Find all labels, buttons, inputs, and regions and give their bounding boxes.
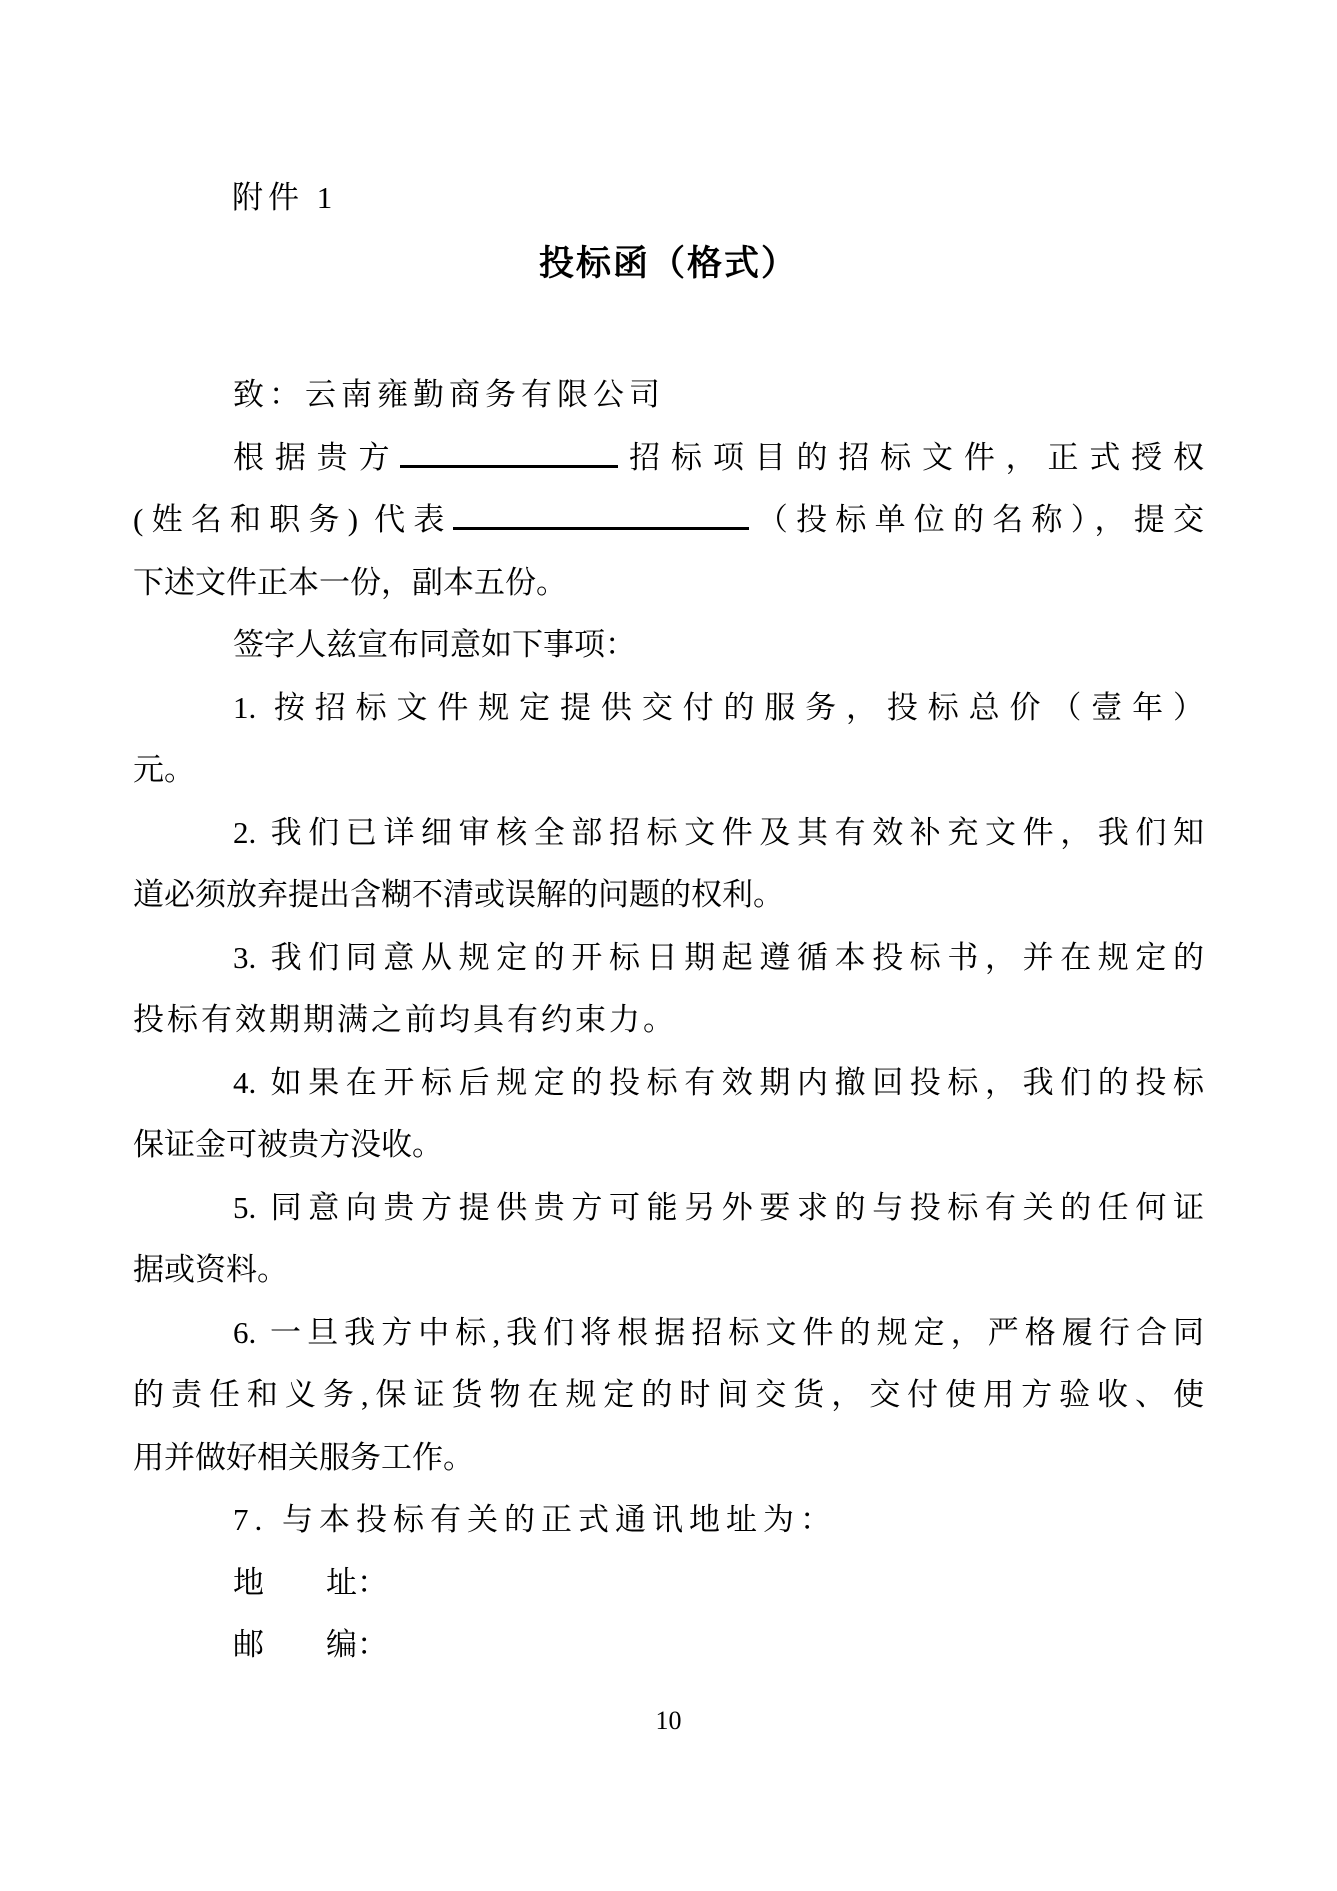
blank-underline bbox=[400, 457, 618, 468]
line-text: 的责任和义务,保证货物在规定的时间交货，交付使用方验收、使 bbox=[133, 1377, 1204, 1412]
document-line: 签字人兹宣布同意如下事项： bbox=[133, 614, 1204, 677]
line-text: 致：云南雍勤商务有限公司 bbox=[233, 377, 665, 412]
document-line: 致：云南雍勤商务有限公司 bbox=[133, 364, 1204, 427]
line-text: 4. 如果在开标后规定的投标有效期内撤回投标，我们的投标 bbox=[233, 1065, 1204, 1100]
line-text: 邮 编： bbox=[233, 1627, 388, 1662]
document-line: 投标有效期期满之前均具有约束力。 bbox=[133, 989, 1204, 1052]
document-line: 元。 bbox=[133, 739, 1204, 802]
page-number: 10 bbox=[0, 1706, 1337, 1736]
line-text: 元。 bbox=[133, 752, 195, 787]
line-text: 道必须放弃提出含糊不清或误解的问题的权利。 bbox=[133, 877, 784, 912]
line-text: 5. 同意向贵方提供贵方可能另外要求的与投标有关的任何证 bbox=[233, 1190, 1204, 1225]
document-line: 邮 编： bbox=[133, 1614, 1204, 1677]
document-line: 的责任和义务,保证货物在规定的时间交货，交付使用方验收、使 bbox=[133, 1364, 1204, 1427]
line-text: 1. 按招标文件规定提供交付的服务，投标总价（壹年） bbox=[233, 690, 1204, 725]
document-line: 7. 与本投标有关的正式通讯地址为： bbox=[133, 1489, 1204, 1552]
line-text: 签字人兹宣布同意如下事项： bbox=[233, 627, 636, 662]
line-text: 用并做好相关服务工作。 bbox=[133, 1440, 474, 1475]
document-body: 致：云南雍勤商务有限公司根据贵方招标项目的招标文件，正式授权(姓名和职务) 代表… bbox=[133, 364, 1204, 1677]
line-text: 下述文件正本一份，副本五份。 bbox=[133, 565, 567, 600]
document-line: 用并做好相关服务工作。 bbox=[133, 1427, 1204, 1490]
line-text: 2. 我们已详细审核全部招标文件及其有效补充文件，我们知 bbox=[233, 815, 1204, 850]
line-text: （投标单位的名称），提交 bbox=[749, 502, 1204, 537]
document-line: 2. 我们已详细审核全部招标文件及其有效补充文件，我们知 bbox=[133, 802, 1204, 865]
line-text: 保证金可被贵方没收。 bbox=[133, 1127, 443, 1162]
line-text: 6. 一旦我方中标,我们将根据招标文件的规定，严格履行合同 bbox=[233, 1315, 1204, 1350]
document-line: 6. 一旦我方中标,我们将根据招标文件的规定，严格履行合同 bbox=[133, 1302, 1204, 1365]
line-text: 根据贵方 bbox=[233, 440, 400, 475]
line-text: 招标项目的招标文件，正式授权 bbox=[618, 440, 1204, 475]
document-line: 地 址： bbox=[133, 1552, 1204, 1615]
document-line: 3. 我们同意从规定的开标日期起遵循本投标书，并在规定的 bbox=[133, 927, 1204, 990]
document-line: 下述文件正本一份，副本五份。 bbox=[133, 552, 1204, 615]
line-text: 地 址： bbox=[233, 1565, 388, 1600]
line-text: 7. 与本投标有关的正式通讯地址为： bbox=[233, 1502, 837, 1537]
document-line: 根据贵方招标项目的招标文件，正式授权 bbox=[133, 427, 1204, 490]
line-text: (姓名和职务) 代表 bbox=[133, 502, 453, 537]
document-line: 4. 如果在开标后规定的投标有效期内撤回投标，我们的投标 bbox=[133, 1052, 1204, 1115]
document-line: 5. 同意向贵方提供贵方可能另外要求的与投标有关的任何证 bbox=[133, 1177, 1204, 1240]
blank-underline bbox=[453, 519, 749, 530]
document-line: (姓名和职务) 代表（投标单位的名称），提交 bbox=[133, 489, 1204, 552]
page-title: 投标函（格式） bbox=[0, 236, 1337, 286]
document-line: 据或资料。 bbox=[133, 1239, 1204, 1302]
attachment-label: 附件 1 bbox=[232, 172, 337, 217]
line-text: 3. 我们同意从规定的开标日期起遵循本投标书，并在规定的 bbox=[233, 940, 1204, 975]
line-text: 据或资料。 bbox=[133, 1252, 288, 1287]
document-page: 附件 1 投标函（格式） 致：云南雍勤商务有限公司根据贵方招标项目的招标文件，正… bbox=[0, 0, 1337, 1891]
document-line: 1. 按招标文件规定提供交付的服务，投标总价（壹年） bbox=[133, 677, 1204, 740]
document-line: 保证金可被贵方没收。 bbox=[133, 1114, 1204, 1177]
line-text: 投标有效期期满之前均具有约束力。 bbox=[133, 1002, 677, 1037]
document-line: 道必须放弃提出含糊不清或误解的问题的权利。 bbox=[133, 864, 1204, 927]
